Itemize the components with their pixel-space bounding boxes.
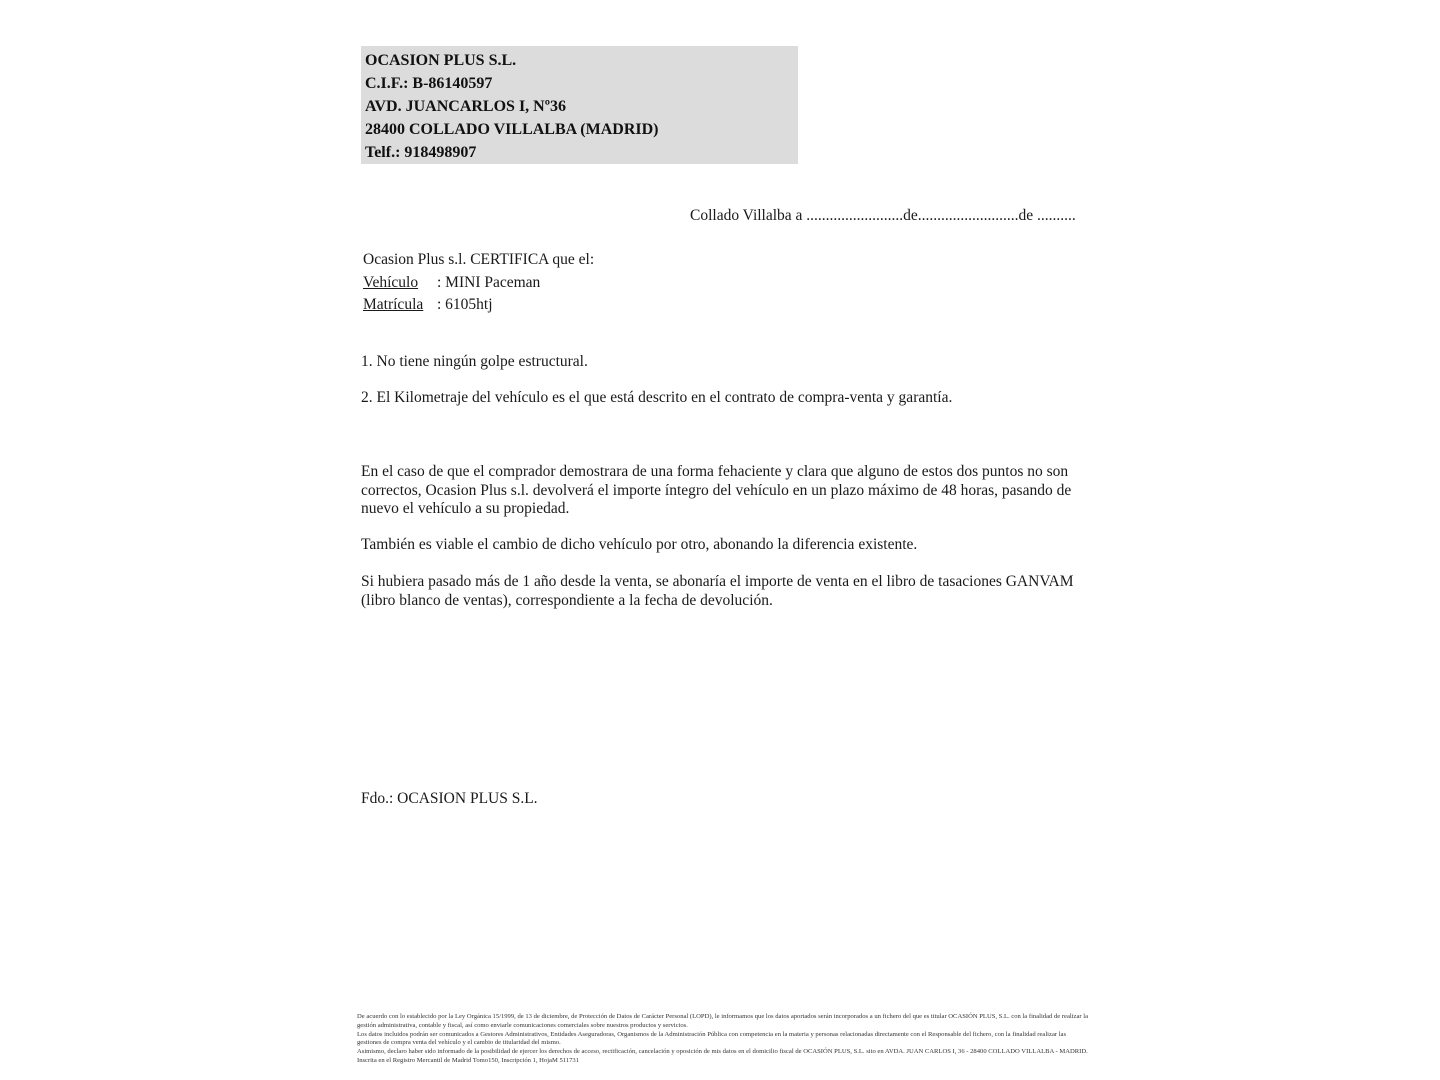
document-page: OCASION PLUS S.L. C.I.F.: B-86140597 AVD… — [0, 0, 1440, 1080]
paragraph-ganvam: Si hubiera pasado más de 1 año desde la … — [361, 573, 1101, 610]
vehicle-label: Vehículo — [363, 272, 437, 295]
legal-notice: De acuerdo con lo establecido por la Ley… — [357, 1013, 1092, 1066]
plate-label: Matrícula — [363, 294, 437, 317]
paragraph-exchange: También es viable el cambio de dicho veh… — [361, 536, 1101, 555]
vehicle-value: : MINI Paceman — [437, 274, 540, 291]
company-phone: Telf.: 918498907 — [365, 141, 798, 164]
company-address: AVD. JUANCARLOS I, Nº36 — [365, 95, 798, 118]
point-mileage: 2. El Kilometraje del vehículo es el que… — [361, 389, 952, 407]
certificate-block: Ocasion Plus s.l. CERTIFICA que el: Vehí… — [363, 249, 594, 317]
company-name: OCASION PLUS S.L. — [365, 49, 798, 72]
date-line: Collado Villalba a .....................… — [690, 207, 1076, 225]
vehicle-row: Vehículo: MINI Paceman — [363, 272, 594, 295]
point-structural: 1. No tiene ningún golpe estructural. — [361, 353, 588, 371]
legal-notice-lopd: De acuerdo con lo establecido por la Ley… — [357, 1013, 1092, 1031]
signature-line: Fdo.: OCASION PLUS S.L. — [361, 790, 538, 808]
company-cif: C.I.F.: B-86140597 — [365, 72, 798, 95]
legal-notice-rights: Asimismo, declaro haber sido informado d… — [357, 1048, 1092, 1066]
company-header-box: OCASION PLUS S.L. C.I.F.: B-86140597 AVD… — [361, 46, 798, 164]
paragraph-refund: En el caso de que el comprador demostrar… — [361, 463, 1101, 519]
plate-value: : 6105htj — [437, 296, 493, 313]
certificate-intro: Ocasion Plus s.l. CERTIFICA que el: — [363, 249, 594, 272]
legal-notice-communication: Los datos incluidos podrán ser comunicad… — [357, 1031, 1092, 1049]
company-city: 28400 COLLADO VILLALBA (MADRID) — [365, 118, 798, 141]
plate-row: Matrícula: 6105htj — [363, 294, 594, 317]
